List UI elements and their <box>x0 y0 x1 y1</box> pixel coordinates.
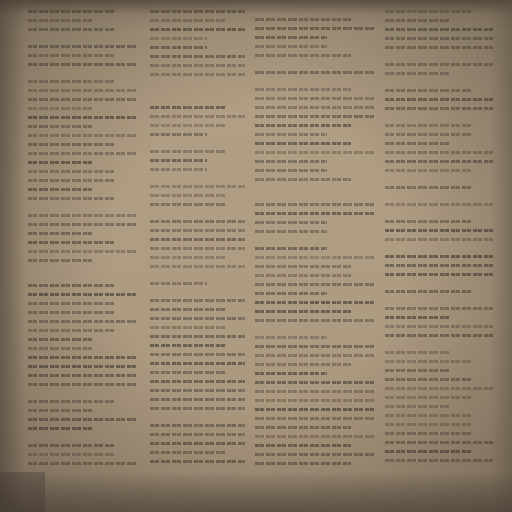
pseudo-text-line <box>385 307 495 310</box>
pseudo-text-line <box>150 424 245 427</box>
pseudo-text-line <box>28 223 138 226</box>
text-column <box>28 10 138 471</box>
pseudo-text-line <box>385 107 495 110</box>
pseudo-text-line <box>385 290 473 293</box>
pseudo-text-line <box>28 152 138 155</box>
pseudo-text-line <box>255 283 375 286</box>
pseudo-text-line <box>150 247 245 250</box>
pseudo-text-line <box>28 116 138 119</box>
pseudo-text-line <box>28 98 138 101</box>
pseudo-text-line <box>385 247 495 255</box>
pseudo-text-line <box>385 133 473 136</box>
pseudo-text-line <box>255 453 375 456</box>
pseudo-text-line <box>150 335 245 338</box>
pseudo-text-line <box>385 186 473 189</box>
pseudo-text-line <box>385 378 473 381</box>
pseudo-text-line <box>385 160 495 163</box>
pseudo-text-line <box>385 10 473 13</box>
pseudo-text-line <box>150 238 245 241</box>
pseudo-text-line <box>255 27 375 30</box>
pseudo-text-line <box>255 36 327 39</box>
pseudo-text-line <box>150 150 226 153</box>
pseudo-text-line <box>255 106 375 109</box>
pseudo-text-line <box>28 107 94 110</box>
pseudo-text-line <box>150 398 245 401</box>
pseudo-text-line <box>255 319 375 322</box>
pseudo-text-line <box>255 45 327 48</box>
text-column <box>255 10 375 471</box>
pseudo-text-line <box>255 417 375 420</box>
pseudo-text-line <box>150 19 226 22</box>
pseudo-text-line <box>28 10 116 13</box>
pseudo-text-line <box>255 345 375 348</box>
pseudo-text-line <box>150 168 207 171</box>
pseudo-text-line <box>28 89 138 92</box>
pseudo-text-line <box>255 195 375 203</box>
pseudo-text-line <box>385 124 473 127</box>
pseudo-text-line <box>255 203 375 206</box>
pseudo-text-line <box>150 82 245 90</box>
pseudo-text-line <box>150 177 245 185</box>
pseudo-text-line <box>150 389 245 392</box>
pseudo-text-line <box>28 72 138 80</box>
pseudo-text-line <box>255 354 375 357</box>
pseudo-text-line <box>385 169 473 172</box>
pseudo-text-line <box>385 423 473 426</box>
pseudo-text-line <box>255 399 375 402</box>
pseudo-text-line <box>28 276 138 284</box>
pseudo-text-line <box>150 124 226 127</box>
pseudo-text-line <box>150 55 245 58</box>
pseudo-text-line <box>255 221 327 224</box>
pseudo-text-line <box>255 97 375 100</box>
pseudo-text-line <box>150 326 226 329</box>
pseudo-text-line <box>255 408 375 411</box>
pseudo-text-line <box>28 232 94 235</box>
pseudo-text-line <box>150 194 226 197</box>
pseudo-text-line <box>255 133 327 136</box>
pseudo-text-line <box>385 46 495 49</box>
pseudo-text-line <box>385 432 473 435</box>
pseudo-text-line <box>255 212 375 215</box>
pseudo-text-line <box>255 301 375 304</box>
pseudo-text-line <box>150 256 226 259</box>
pseudo-text-line <box>385 203 495 206</box>
pseudo-text-line <box>385 28 495 31</box>
pseudo-text-line <box>385 81 495 89</box>
pseudo-text-line <box>28 134 138 137</box>
pseudo-text-line <box>385 343 495 351</box>
pseudo-text-line <box>28 418 138 421</box>
pseudo-text-line <box>385 63 495 66</box>
pseudo-text-line <box>255 187 375 195</box>
pseudo-text-line <box>150 308 226 311</box>
pseudo-text-line <box>255 142 351 145</box>
pseudo-text-line <box>385 195 495 203</box>
pseudo-text-line <box>385 325 495 328</box>
pseudo-text-line <box>150 371 226 374</box>
pseudo-text-line <box>385 351 451 354</box>
pseudo-text-line <box>28 45 138 48</box>
pseudo-text-line <box>150 344 226 347</box>
pseudo-text-line <box>150 274 245 282</box>
pseudo-text-line <box>255 390 375 393</box>
pseudo-text-line <box>150 106 226 109</box>
pseudo-text-line <box>255 151 375 154</box>
pseudo-text-line <box>28 400 116 403</box>
pseudo-text-line <box>385 37 495 40</box>
pseudo-text-line <box>385 89 473 92</box>
pseudo-text-line <box>385 264 495 267</box>
pseudo-text-line <box>150 64 245 67</box>
pseudo-text-line <box>385 459 495 462</box>
pseudo-text-line <box>28 143 116 146</box>
pseudo-text-line <box>150 451 226 454</box>
pseudo-text-line <box>150 282 207 285</box>
pseudo-text-line <box>385 116 495 124</box>
pseudo-text-line <box>150 442 245 445</box>
pseudo-text-line <box>255 444 351 447</box>
pseudo-text-line <box>28 259 94 262</box>
pseudo-text-line <box>150 265 245 268</box>
text-column <box>385 10 495 468</box>
pseudo-text-line <box>150 185 245 188</box>
pseudo-text-line <box>385 255 495 258</box>
pseudo-text-line <box>385 19 451 22</box>
pseudo-text-line <box>255 265 351 268</box>
pseudo-text-line <box>28 302 116 305</box>
pseudo-text-line <box>150 433 245 436</box>
pseudo-text-line <box>150 98 245 106</box>
pseudo-text-line <box>150 407 245 410</box>
pseudo-text-line <box>255 178 351 181</box>
pseudo-text-line <box>28 37 138 45</box>
pseudo-text-line <box>385 142 451 145</box>
worn-edge-bottom <box>0 472 512 512</box>
pseudo-text-line <box>28 161 94 164</box>
pseudo-text-line <box>28 241 116 244</box>
pseudo-text-line <box>385 414 473 417</box>
pseudo-text-line <box>255 124 351 127</box>
pseudo-text-line <box>28 284 116 287</box>
pseudo-text-line <box>385 178 495 186</box>
pseudo-text-line <box>28 329 116 332</box>
pseudo-text-line <box>28 383 138 386</box>
pseudo-text-line <box>28 392 138 400</box>
pseudo-text-line <box>150 37 207 40</box>
pseudo-text-line <box>385 316 451 319</box>
pseudo-text-line <box>385 72 451 75</box>
pseudo-text-line <box>255 10 375 18</box>
pseudo-text-line <box>150 90 245 98</box>
pseudo-text-line <box>385 396 473 399</box>
pseudo-text-line <box>150 73 245 76</box>
pseudo-text-line <box>28 436 138 444</box>
pseudo-text-line <box>385 282 495 290</box>
pseudo-text-line <box>385 299 495 307</box>
pseudo-text-line <box>28 80 116 83</box>
pseudo-text-line <box>150 10 245 13</box>
pseudo-text-line <box>28 427 94 430</box>
pseudo-text-line <box>28 206 138 214</box>
pseudo-text-line <box>385 405 451 408</box>
pseudo-text-line <box>28 409 94 412</box>
pseudo-text-line <box>28 188 94 191</box>
pseudo-text-line <box>385 212 495 220</box>
pseudo-text-line <box>28 19 94 22</box>
pseudo-text-line <box>255 310 351 313</box>
pseudo-text-line <box>150 142 245 150</box>
pseudo-text-line <box>385 441 495 444</box>
pseudo-text-line <box>385 151 495 154</box>
pseudo-text-line <box>255 426 351 429</box>
pseudo-text-line <box>150 299 245 302</box>
worn-edge-left <box>0 0 26 512</box>
pseudo-text-line <box>28 54 116 57</box>
pseudo-text-line <box>150 460 245 463</box>
text-column <box>150 10 245 469</box>
pseudo-text-line <box>28 347 94 350</box>
pseudo-text-line <box>28 453 116 456</box>
pseudo-text-line <box>385 55 495 63</box>
pseudo-text-line <box>150 203 226 206</box>
pseudo-text-line <box>255 274 351 277</box>
pseudo-text-line <box>28 356 138 359</box>
pseudo-text-line <box>255 18 351 21</box>
pseudo-text-line <box>255 63 375 71</box>
pseudo-text-line <box>28 365 138 368</box>
pseudo-text-line <box>28 125 94 128</box>
pseudo-text-line <box>150 220 245 223</box>
pseudo-text-line <box>385 220 473 223</box>
pseudo-text-line <box>385 229 495 232</box>
pseudo-text-line <box>255 363 351 366</box>
pseudo-text-line <box>255 88 351 91</box>
pseudo-text-line <box>385 387 495 390</box>
corner-stain <box>0 472 45 512</box>
pseudo-text-line <box>28 338 94 341</box>
pseudo-text-line <box>150 46 207 49</box>
pseudo-text-line <box>255 292 327 295</box>
pseudo-text-line <box>28 444 116 447</box>
pseudo-text-line <box>255 336 327 339</box>
pseudo-text-line <box>28 63 138 66</box>
pseudo-text-line <box>28 462 138 465</box>
pseudo-text-line <box>28 28 116 31</box>
pseudo-text-line <box>150 362 245 365</box>
pseudo-text-line <box>28 170 116 173</box>
pseudo-text-line <box>28 311 116 314</box>
pseudo-text-line <box>28 197 116 200</box>
pseudo-text-line <box>385 273 495 276</box>
pseudo-text-line <box>255 54 351 57</box>
pseudo-text-line <box>255 230 327 233</box>
pseudo-text-line <box>150 317 245 320</box>
pseudo-text-line <box>150 212 245 220</box>
pseudo-text-line <box>150 133 207 136</box>
pseudo-text-line <box>385 369 451 372</box>
pseudo-text-line <box>255 169 327 172</box>
pseudo-text-line <box>150 229 245 232</box>
pseudo-text-line <box>385 450 473 453</box>
pseudo-text-line <box>385 334 495 337</box>
pseudo-text-line <box>255 328 375 336</box>
pseudo-text-line <box>150 416 245 424</box>
parchment-texture <box>0 0 512 512</box>
pseudo-text-line <box>28 179 116 182</box>
pseudo-text-line <box>28 320 138 323</box>
pseudo-text-line <box>28 268 138 276</box>
pseudo-text-line <box>255 71 375 74</box>
pseudo-text-line <box>255 160 327 163</box>
pseudo-text-line <box>150 353 245 356</box>
pseudo-text-line <box>150 115 245 118</box>
pseudo-text-line <box>28 214 138 217</box>
pseudo-text-line <box>28 293 138 296</box>
pseudo-text-line <box>28 374 138 377</box>
pseudo-text-line <box>255 80 375 88</box>
pseudo-text-line <box>28 250 138 253</box>
pseudo-text-line <box>255 381 375 384</box>
pseudo-text-line <box>150 291 245 299</box>
pseudo-text-line <box>255 247 327 250</box>
pseudo-text-line <box>255 372 327 375</box>
pseudo-text-line <box>255 256 375 259</box>
pseudo-text-line <box>385 360 473 363</box>
pseudo-text-line <box>255 239 375 247</box>
pseudo-text-line <box>385 98 495 101</box>
pseudo-text-line <box>255 435 375 438</box>
pseudo-text-line <box>385 238 495 241</box>
pseudo-text-line <box>150 28 245 31</box>
pseudo-text-line <box>150 380 245 383</box>
pseudo-text-line <box>255 462 351 465</box>
pseudo-text-line <box>255 115 375 118</box>
pseudo-text-line <box>150 159 207 162</box>
